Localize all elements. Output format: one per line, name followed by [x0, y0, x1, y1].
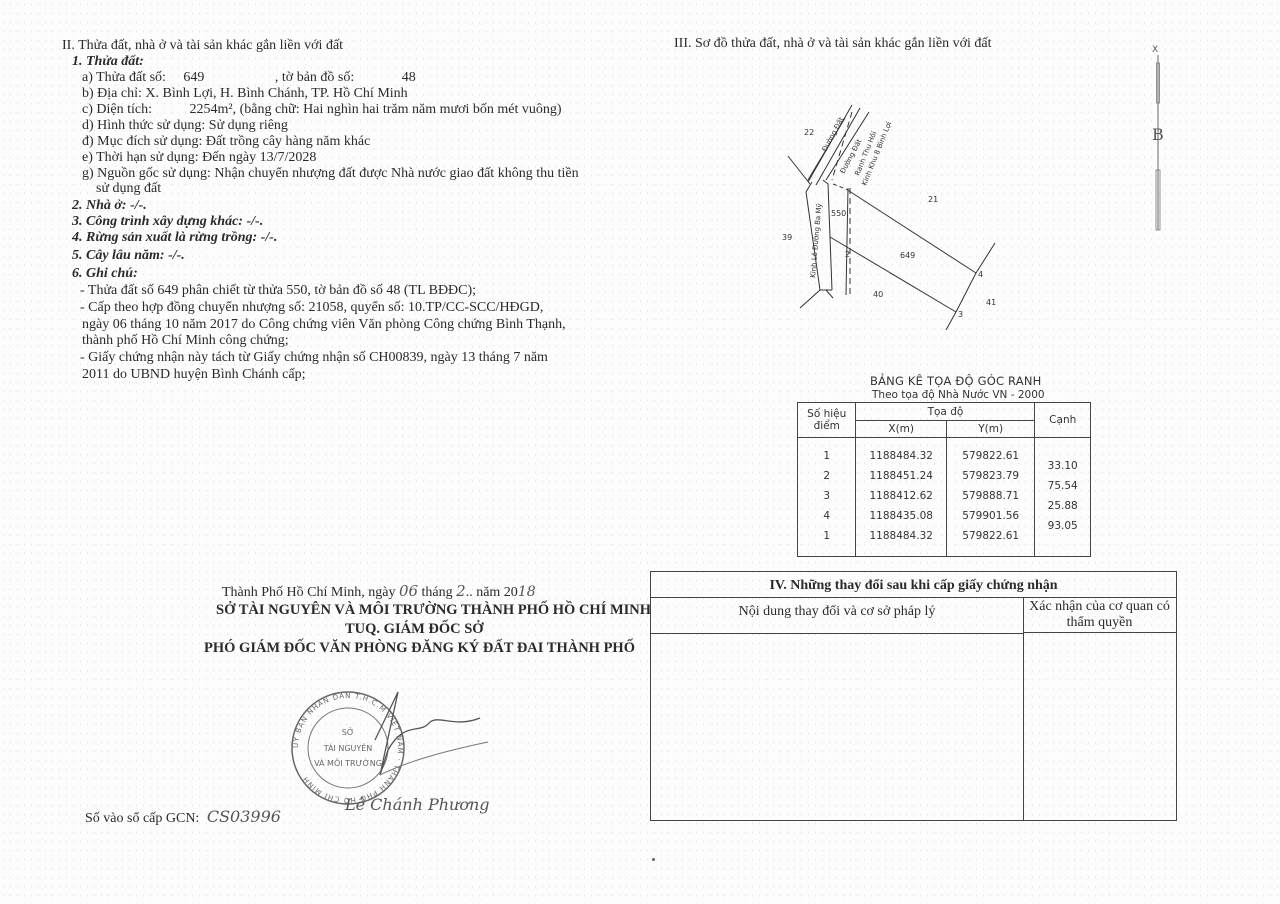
- table-cell: 1: [798, 446, 855, 466]
- col-point-header: Số hiệu điểm: [798, 403, 856, 438]
- table-cell: 579823.79: [947, 466, 1034, 486]
- svg-text:39: 39: [782, 233, 792, 242]
- forest-item: 4. Rừng sản xuất là rừng trồng: -/-.: [72, 229, 277, 246]
- map-sheet-label: , tờ bản đồ số:: [275, 70, 354, 85]
- svg-text:B: B: [1152, 125, 1164, 144]
- col-confirm-header: Xác nhận của cơ quan có thẩm quyền: [1023, 597, 1176, 633]
- authority: SỞ TÀI NGUYÊN VÀ MÔI TRƯỜNG THÀNH PHỐ HỒ…: [216, 602, 651, 619]
- table-cell: 579901.56: [947, 506, 1034, 526]
- note-line: - Cấp theo hợp đồng chuyển nhượng số: 21…: [80, 299, 543, 316]
- col-coord-header: Tọa độ: [856, 403, 1035, 421]
- address: b) Địa chỉ: X. Bình Lợi, H. Bình Chánh, …: [82, 85, 408, 102]
- note-line: thành phố Hồ Chí Minh công chứng;: [82, 332, 289, 349]
- north-arrow: X B: [1148, 45, 1168, 235]
- note-line: - Giấy chứng nhận này tách từ Giấy chứng…: [80, 349, 548, 366]
- table-cell: 3: [798, 486, 855, 506]
- table-cell: 1: [798, 526, 855, 546]
- register-number: CS03996: [207, 807, 281, 826]
- area-row: c) Diện tích: 2254m², (bằng chữ: Hai ngh…: [82, 101, 562, 118]
- col-content-header: Nội dung thay đổi và cơ sở pháp lý: [651, 597, 1024, 634]
- signer-position: PHÓ GIÁM ĐỐC VĂN PHÒNG ĐĂNG KÝ ĐẤT ĐAI T…: [204, 640, 635, 657]
- note-line: ngày 06 tháng 10 năm 2017 do Công chứng …: [82, 316, 566, 333]
- signer-name: Lê Chánh Phương: [345, 795, 490, 814]
- table-cell: 1188484.32: [856, 446, 946, 466]
- svg-text:Kinh Lô Đường Ba Mỹ: Kinh Lô Đường Ba Mỹ: [809, 203, 823, 278]
- table-cell: 1188435.08: [856, 506, 946, 526]
- parcel-22-label: 22: [804, 128, 814, 137]
- area-label: c) Diện tích:: [82, 101, 186, 118]
- date-month: 2: [456, 582, 466, 600]
- notes-heading: 6. Ghi chú:: [72, 265, 138, 282]
- coordinate-table: Số hiệu điểm Tọa độ Cạnh X(m) Y(m) 1 2 3…: [797, 402, 1091, 557]
- perennial-item: 5. Cây lâu năm: -/-.: [72, 247, 185, 264]
- parcel-number: 649: [169, 69, 271, 86]
- register-label: Số vào sổ cấp GCN:: [85, 811, 199, 826]
- register-row: Số vào sổ cấp GCN: CS03996: [85, 808, 281, 827]
- use-form: d) Hình thức sử dụng: Sử dụng riêng: [82, 117, 288, 134]
- coord-table-title: BẢNG KÊ TỌA ĐỘ GÓC RANH: [870, 374, 1042, 388]
- table-cell: 2: [798, 466, 855, 486]
- svg-text:SỞ: SỞ: [342, 726, 354, 737]
- table-cell: 579822.61: [947, 446, 1034, 466]
- svg-text:41: 41: [986, 298, 996, 307]
- table-cell: 1188484.32: [856, 526, 946, 546]
- svg-text:3: 3: [958, 310, 963, 319]
- svg-text:4: 4: [978, 270, 983, 279]
- on-behalf: TUQ. GIÁM ĐỐC SỞ: [345, 621, 484, 638]
- table-cell: 75.54: [1035, 476, 1090, 496]
- section-4-title: IV. Những thay đổi sau khi cấp giấy chứn…: [651, 572, 1176, 598]
- col-edge-header: Cạnh: [1035, 403, 1091, 438]
- date-day: 06: [399, 582, 418, 600]
- svg-text:21: 21: [928, 195, 938, 204]
- svg-text:40: 40: [873, 290, 883, 299]
- speck: [652, 858, 655, 861]
- date-year-suffix: 18: [518, 584, 536, 600]
- svg-text:2: 2: [845, 250, 850, 259]
- note-line: 2011 do UBND huyện Bình Chánh cấp;: [82, 366, 305, 383]
- table-cell: 1188451.24: [856, 466, 946, 486]
- north-arrow-icon: B: [1148, 45, 1168, 235]
- use-purpose: đ) Mục đích sử dụng: Đất trồng cây hàng …: [82, 133, 370, 150]
- parcel-sketch: 22 21 39 550 649 40 41 2 4 3 Đường Đất Đ…: [760, 100, 1020, 330]
- change-content-cell: [651, 633, 1024, 820]
- note-line: - Thửa đất số 649 phân chiết từ thửa 550…: [80, 282, 476, 299]
- svg-text:550: 550: [831, 209, 846, 218]
- map-sheet-number: 48: [358, 70, 416, 85]
- section-3-title: III. Sơ đồ thửa đất, nhà ở và tài sản kh…: [674, 35, 992, 52]
- area-value: 2254m², (bằng chữ: Hai nghìn hai trăm nă…: [190, 102, 562, 117]
- section-2-title: II. Thửa đất, nhà ở và tài sản khác gắn …: [62, 37, 343, 54]
- parcel-label: a) Thửa đất số:: [82, 70, 166, 85]
- table-cell: 1188412.62: [856, 486, 946, 506]
- table-cell: 33.10: [1035, 456, 1090, 476]
- other-works-item: 3. Công trình xây dựng khác: -/-.: [72, 213, 263, 230]
- table-cell: 93.05: [1035, 516, 1090, 536]
- svg-text:TÀI NGUYÊN: TÀI NGUYÊN: [323, 742, 373, 753]
- changes-table: IV. Những thay đổi sau khi cấp giấy chứn…: [650, 571, 1177, 821]
- origin-line-2: sử dụng đất: [96, 180, 161, 197]
- confirmation-cell: [1023, 633, 1176, 820]
- house-item: 2. Nhà ở: -/-.: [72, 197, 147, 214]
- coord-table-subtitle: Theo tọa độ Nhà Nước VN - 2000: [872, 389, 1045, 401]
- table-cell: 25.88: [1035, 496, 1090, 516]
- col-x-header: X(m): [856, 421, 947, 438]
- land-heading: 1. Thửa đất:: [72, 53, 144, 70]
- table-cell: 579888.71: [947, 486, 1034, 506]
- place-date: Thành Phố Hồ Chí Minh, ngày 06 tháng 2..…: [222, 583, 536, 601]
- svg-text:649: 649: [900, 251, 915, 260]
- table-cell: 579822.61: [947, 526, 1034, 546]
- col-y-header: Y(m): [946, 421, 1034, 438]
- parcel-row: a) Thửa đất số: 649 , tờ bản đồ số: 48: [82, 69, 416, 86]
- svg-text:VÀ MÔI TRƯỜNG: VÀ MÔI TRƯỜNG: [314, 757, 382, 768]
- use-term: e) Thời hạn sử dụng: Đến ngày 13/7/2028: [82, 149, 316, 166]
- table-cell: 4: [798, 506, 855, 526]
- svg-text:Đường Đất: Đường Đất: [821, 116, 846, 153]
